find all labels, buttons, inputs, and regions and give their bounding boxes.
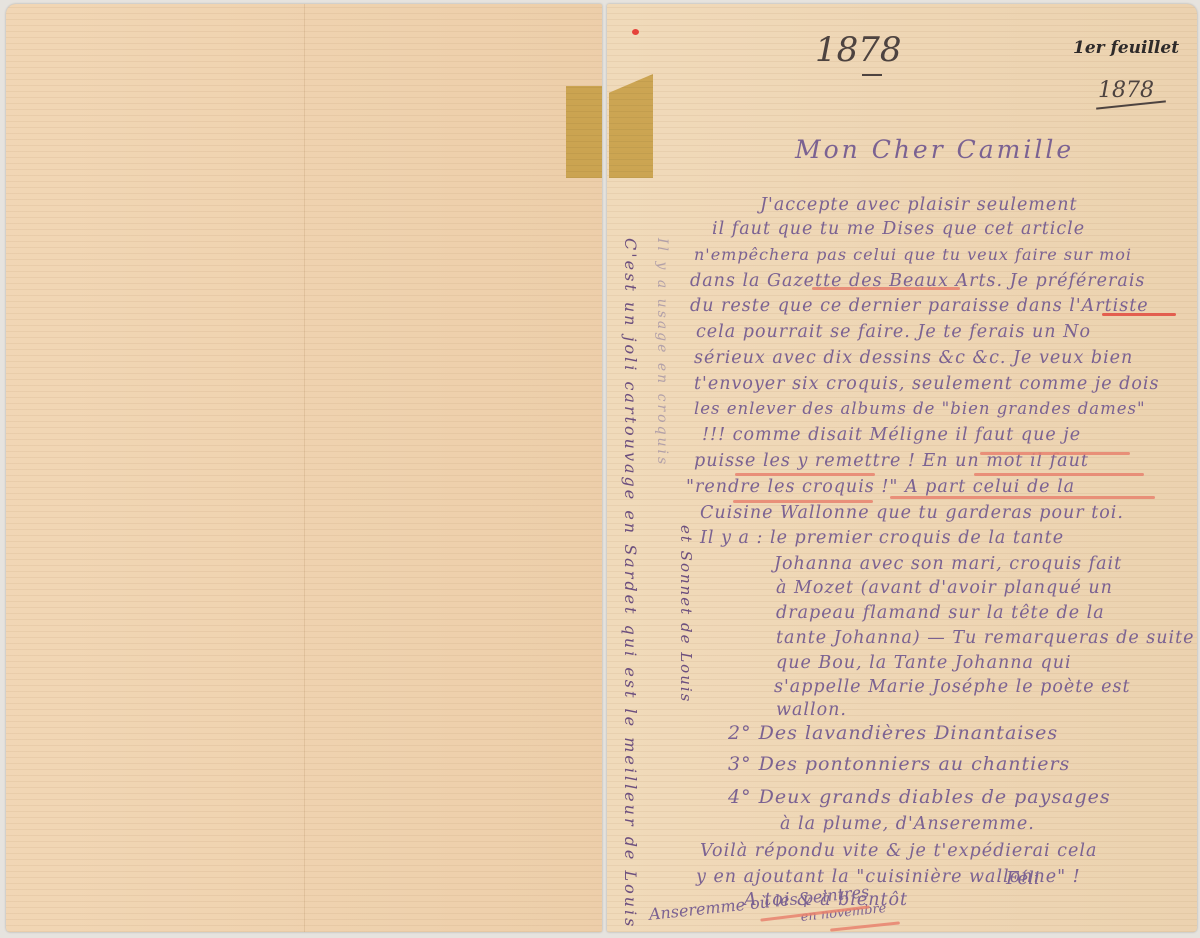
body-line: J'accepte avec plaisir seulement [760, 195, 1078, 215]
body-line: du reste que ce dernier paraisse dans l'… [690, 296, 1149, 316]
margin-note-faint: Il y a usage en croquis [654, 238, 670, 467]
body-line: !!! comme disait Méligne il faut que je [702, 425, 1081, 445]
body-line: n'empêchera pas celui que tu veux faire … [694, 245, 1132, 264]
body-line: les enlever des albums de "bien grandes … [694, 399, 1146, 418]
left-page-blank [6, 4, 602, 932]
red-underline [1102, 313, 1176, 316]
body-line: Cuisine Wallonne que tu garderas pour to… [700, 503, 1124, 523]
list-item-2: 2° Des lavandières Dinantaises [728, 722, 1058, 744]
body-line: à la plume, d'Anseremme. [780, 814, 1035, 834]
red-underline [974, 473, 1144, 476]
archive-year-underline [862, 74, 882, 76]
archive-year-annotation: 1878 [815, 30, 902, 70]
body-line: "rendre les croquis !" A part celui de l… [686, 477, 1075, 497]
body-line: Voilà répondu vite & je t'expédierai cel… [700, 841, 1097, 861]
red-underline [733, 500, 873, 503]
red-underline [890, 496, 1155, 499]
body-line: Il y a : le premier croquis de la tante [700, 528, 1064, 548]
red-ink-mark [632, 29, 639, 35]
fold-crease [304, 4, 305, 932]
margin-note-vertical-right: et Sonnet de Louis [677, 525, 695, 703]
adhesive-tape-left [566, 86, 602, 178]
body-line: que Bou, la Tante Johanna qui [776, 653, 1072, 673]
red-underline [980, 452, 1130, 455]
sheet-year: 1878 [1098, 78, 1154, 103]
body-line: cela pourrait se faire. Je te ferais un … [696, 322, 1091, 342]
list-item-3: 3° Des pontonniers au chantiers [728, 753, 1070, 775]
list-item-4: 4° Deux grands diables de paysages [728, 786, 1111, 808]
sheet-label: 1er feuillet [1073, 38, 1179, 58]
body-line: t'envoyer six croquis, seulement comme j… [694, 374, 1159, 394]
body-line: Johanna avec son mari, croquis fait [774, 554, 1122, 574]
body-line: drapeau flamand sur la tête de la [776, 603, 1105, 623]
body-line: sérieux avec dix dessins &c &c. Je veux … [694, 348, 1133, 368]
body-line: il faut que tu me Dises que cet article [712, 219, 1085, 239]
salutation: Mon Cher Camille [795, 135, 1074, 164]
margin-note-vertical: C'est un joli cartouvage en Sardet qui e… [621, 238, 640, 929]
red-underline [812, 287, 960, 290]
body-line: wallon. [776, 700, 847, 720]
body-line: s'appelle Marie Joséphe le poète est [774, 677, 1131, 697]
body-line: tante Johanna) — Tu remarqueras de suite [776, 628, 1195, 648]
body-line: à Mozet (avant d'avoir planqué un [776, 578, 1113, 598]
signature: Féli [1006, 868, 1040, 889]
red-underline [735, 473, 875, 476]
